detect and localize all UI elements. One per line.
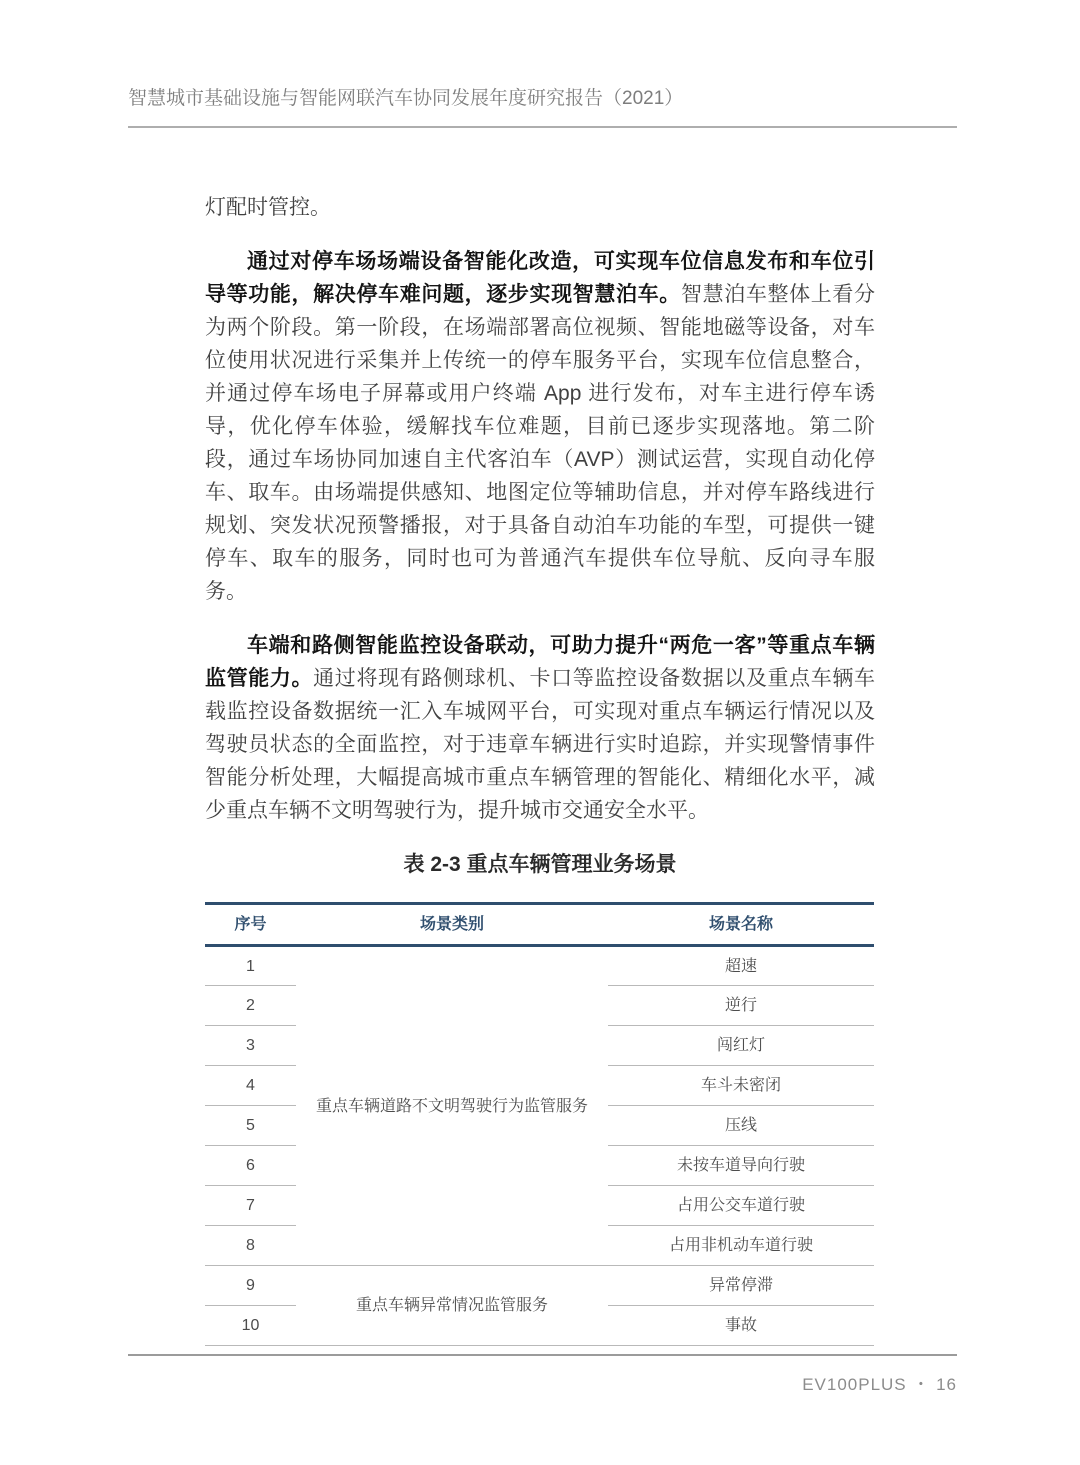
scenario-name-cell: 未按车道导向行驶 bbox=[608, 1146, 874, 1186]
paragraph-text: 通过将现有路侧球机、卡口等监控设备数据以及重点车辆车载监控设备数据统一汇入车城网… bbox=[205, 667, 875, 822]
vehicle-table-body: 1重点车辆道路不文明驾驶行为监管服务超速2逆行3闯红灯4车斗未密闭5压线6未按车… bbox=[205, 946, 874, 1346]
table-caption: 表 2-3 重点车辆管理业务场景 bbox=[205, 848, 875, 881]
page-header: 智慧城市基础设施与智能网联汽车协同发展年度研究报告（2021） bbox=[128, 86, 957, 128]
scenario-name-cell: 占用非机动车道行驶 bbox=[608, 1226, 874, 1266]
row-number-cell: 7 bbox=[205, 1186, 296, 1226]
row-number-cell: 4 bbox=[205, 1066, 296, 1106]
paragraph-continuation: 灯配时管控。 bbox=[205, 191, 875, 224]
page-footer: EV100PLUS ・ 16 bbox=[128, 1354, 957, 1395]
scenario-name-cell: 压线 bbox=[608, 1106, 874, 1146]
column-header-category: 场景类别 bbox=[296, 904, 608, 946]
scenario-name-cell: 事故 bbox=[608, 1306, 874, 1346]
paragraph-smart-parking: 通过对停车场场端设备智能化改造，可实现车位信息发布和车位引导等功能，解决停车难问… bbox=[205, 245, 875, 608]
row-number-cell: 9 bbox=[205, 1266, 296, 1306]
row-number-cell: 10 bbox=[205, 1306, 296, 1346]
table-header-row: 序号 场景类别 场景名称 bbox=[205, 904, 874, 946]
row-number-cell: 3 bbox=[205, 1026, 296, 1066]
row-number-cell: 8 bbox=[205, 1226, 296, 1266]
report-title: 智慧城市基础设施与智能网联汽车协同发展年度研究报告（2021） bbox=[128, 88, 683, 109]
paragraph-text: 灯配时管控。 bbox=[205, 196, 331, 219]
category-cell: 重点车辆异常情况监管服务 bbox=[296, 1266, 608, 1346]
key-vehicle-scenarios-table: 序号 场景类别 场景名称 1重点车辆道路不文明驾驶行为监管服务超速2逆行3闯红灯… bbox=[205, 902, 874, 1346]
column-header-scenario: 场景名称 bbox=[608, 904, 874, 946]
scenario-name-cell: 闯红灯 bbox=[608, 1026, 874, 1066]
paragraph-text: 智慧泊车整体上看分为两个阶段。第一阶段，在场端部署高位视频、智能地磁等设备，对车… bbox=[205, 283, 875, 603]
footer-page-label: EV100PLUS ・ 16 bbox=[802, 1375, 957, 1394]
scenario-name-cell: 车斗未密闭 bbox=[608, 1066, 874, 1106]
category-cell: 重点车辆道路不文明驾驶行为监管服务 bbox=[296, 946, 608, 1266]
scenario-name-cell: 逆行 bbox=[608, 986, 874, 1026]
row-number-cell: 6 bbox=[205, 1146, 296, 1186]
row-number-cell: 2 bbox=[205, 986, 296, 1026]
scenario-name-cell: 占用公交车道行驶 bbox=[608, 1186, 874, 1226]
scenario-name-cell: 超速 bbox=[608, 946, 874, 986]
table-row: 1重点车辆道路不文明驾驶行为监管服务超速 bbox=[205, 946, 874, 986]
row-number-cell: 1 bbox=[205, 946, 296, 986]
page-body: 灯配时管控。 通过对停车场场端设备智能化改造，可实现车位信息发布和车位引导等功能… bbox=[205, 191, 875, 1346]
table-row: 9重点车辆异常情况监管服务异常停滞 bbox=[205, 1266, 874, 1306]
row-number-cell: 5 bbox=[205, 1106, 296, 1146]
paragraph-vehicle-monitoring: 车端和路侧智能监控设备联动，可助力提升“两危一客”等重点车辆监管能力。通过将现有… bbox=[205, 629, 875, 827]
scenario-name-cell: 异常停滞 bbox=[608, 1266, 874, 1306]
column-header-number: 序号 bbox=[205, 904, 296, 946]
